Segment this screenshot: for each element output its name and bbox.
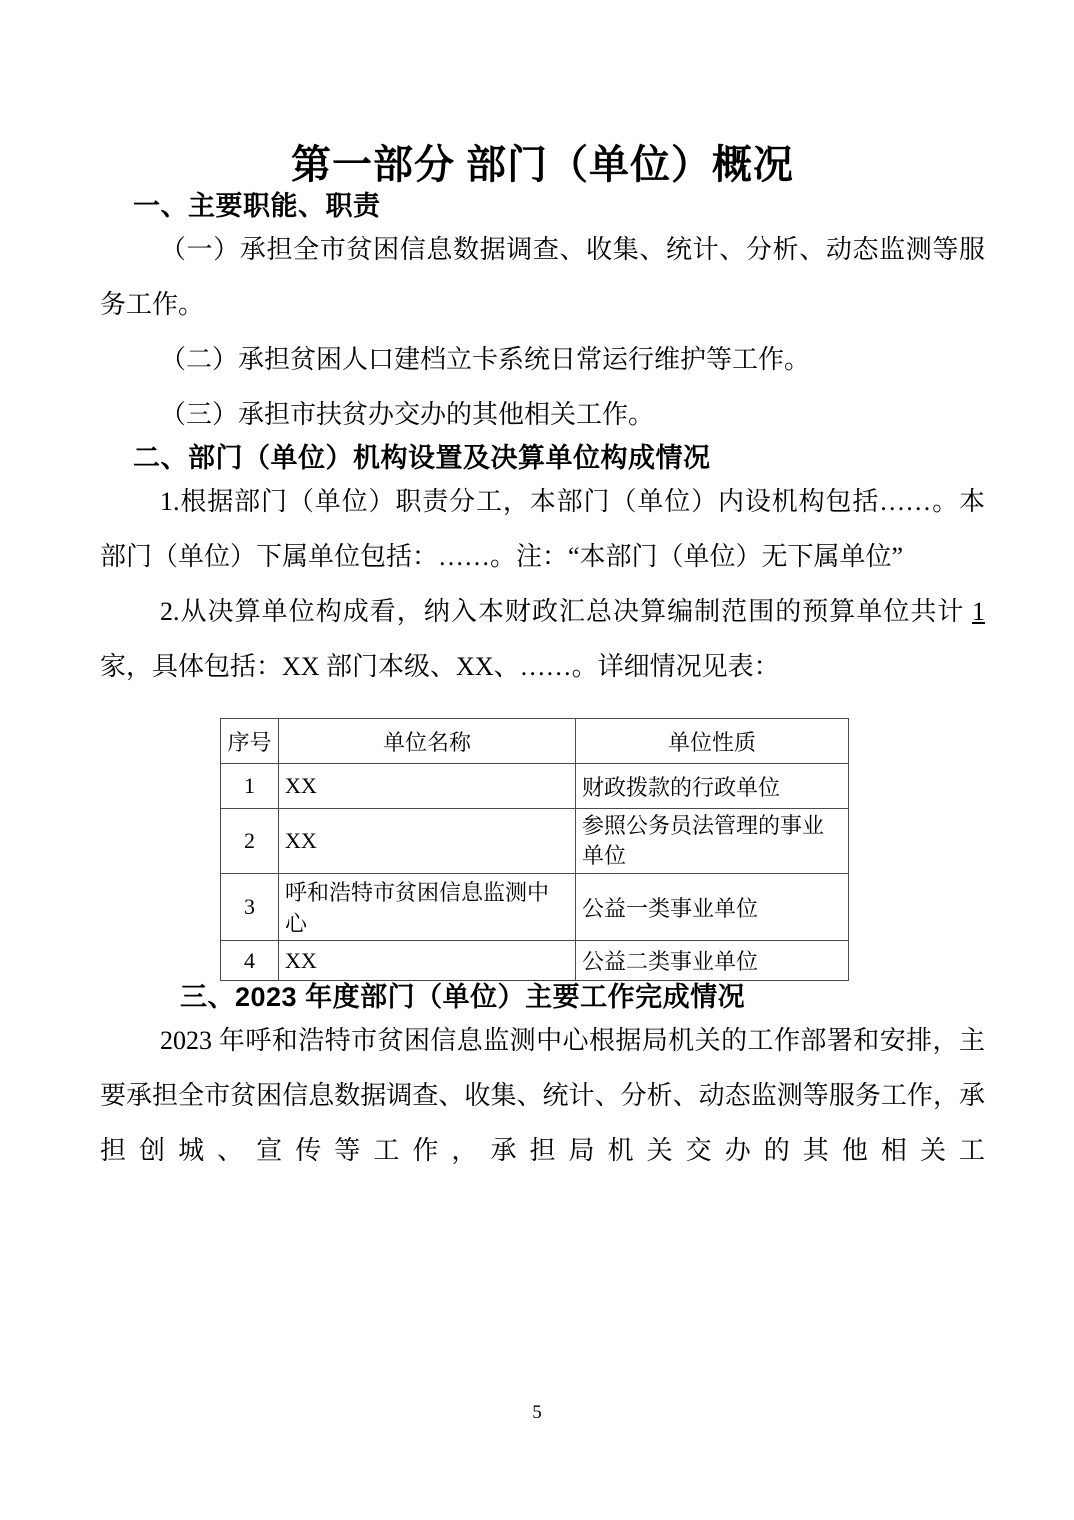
row-index-cell: 3 [221, 874, 279, 941]
table-row: 1 XX 财政拨款的行政单位 [221, 764, 849, 809]
row-index-cell: 1 [221, 764, 279, 809]
row-index-cell: 4 [221, 941, 279, 981]
table-row: 3 呼和浩特市贫困信息监测中心 公益一类事业单位 [221, 874, 849, 941]
work-summary-paragraph: 2023 年呼和浩特市贫困信息监测中心根据局机关的工作部署和安排，主要承担全市贫… [100, 1013, 985, 1178]
org-structure-paragraph: 1.根据部门（单位）职责分工，本部门（单位）内设机构包括……。本部门（单位）下属… [100, 474, 985, 584]
function-item-2: （二）承担贫困人口建档立卡系统日常运行维护等工作。 [100, 332, 985, 387]
row-index-cell: 2 [221, 809, 279, 874]
page-number: 5 [0, 1402, 1074, 1424]
unit-table: 序号 单位名称 单位性质 1 XX 财政拨款的行政单位 2 XX 参照公务员法管… [220, 718, 849, 981]
unit-type-cell: 财政拨款的行政单位 [576, 764, 849, 809]
table-row: 4 XX 公益二类事业单位 [221, 941, 849, 981]
table-header-index: 序号 [221, 719, 279, 764]
table-header-unit-type: 单位性质 [576, 719, 849, 764]
function-item-1: （一）承担全市贫困信息数据调查、收集、统计、分析、动态监测等服务工作。 [100, 222, 985, 332]
unit-count-underlined: 1 [972, 597, 985, 626]
function-item-3: （三）承担市扶贫办交办的其他相关工作。 [100, 387, 985, 442]
section-two-heading: 二、部门（单位）机构设置及决算单位构成情况 [100, 442, 985, 474]
section-three-heading: 三、2023 年度部门（单位）主要工作完成情况 [100, 981, 985, 1013]
unit-name-cell: 呼和浩特市贫困信息监测中心 [279, 874, 576, 941]
unit-type-cell: 参照公务员法管理的事业单位 [576, 809, 849, 874]
budget-units-text-after: 家，具体包括：XX 部门本级、XX、……。详细情况见表： [100, 652, 780, 681]
unit-type-cell: 公益二类事业单位 [576, 941, 849, 981]
unit-name-cell: XX [279, 809, 576, 874]
table-row: 2 XX 参照公务员法管理的事业单位 [221, 809, 849, 874]
page-title: 第一部分 部门（单位）概况 [100, 0, 985, 190]
budget-units-text-before: 2.从决算单位构成看，纳入本财政汇总决算编制范围的预算单位共计 [160, 597, 972, 626]
unit-name-cell: XX [279, 764, 576, 809]
document-page: 第一部分 部门（单位）概况 一、主要职能、职责 （一）承担全市贫困信息数据调查、… [0, 0, 1074, 1520]
table-header-row: 序号 单位名称 单位性质 [221, 719, 849, 764]
unit-type-cell: 公益一类事业单位 [576, 874, 849, 941]
budget-units-paragraph: 2.从决算单位构成看，纳入本财政汇总决算编制范围的预算单位共计 1 家，具体包括… [100, 584, 985, 694]
unit-name-cell: XX [279, 941, 576, 981]
table-header-unit-name: 单位名称 [279, 719, 576, 764]
section-one-heading: 一、主要职能、职责 [100, 190, 985, 222]
